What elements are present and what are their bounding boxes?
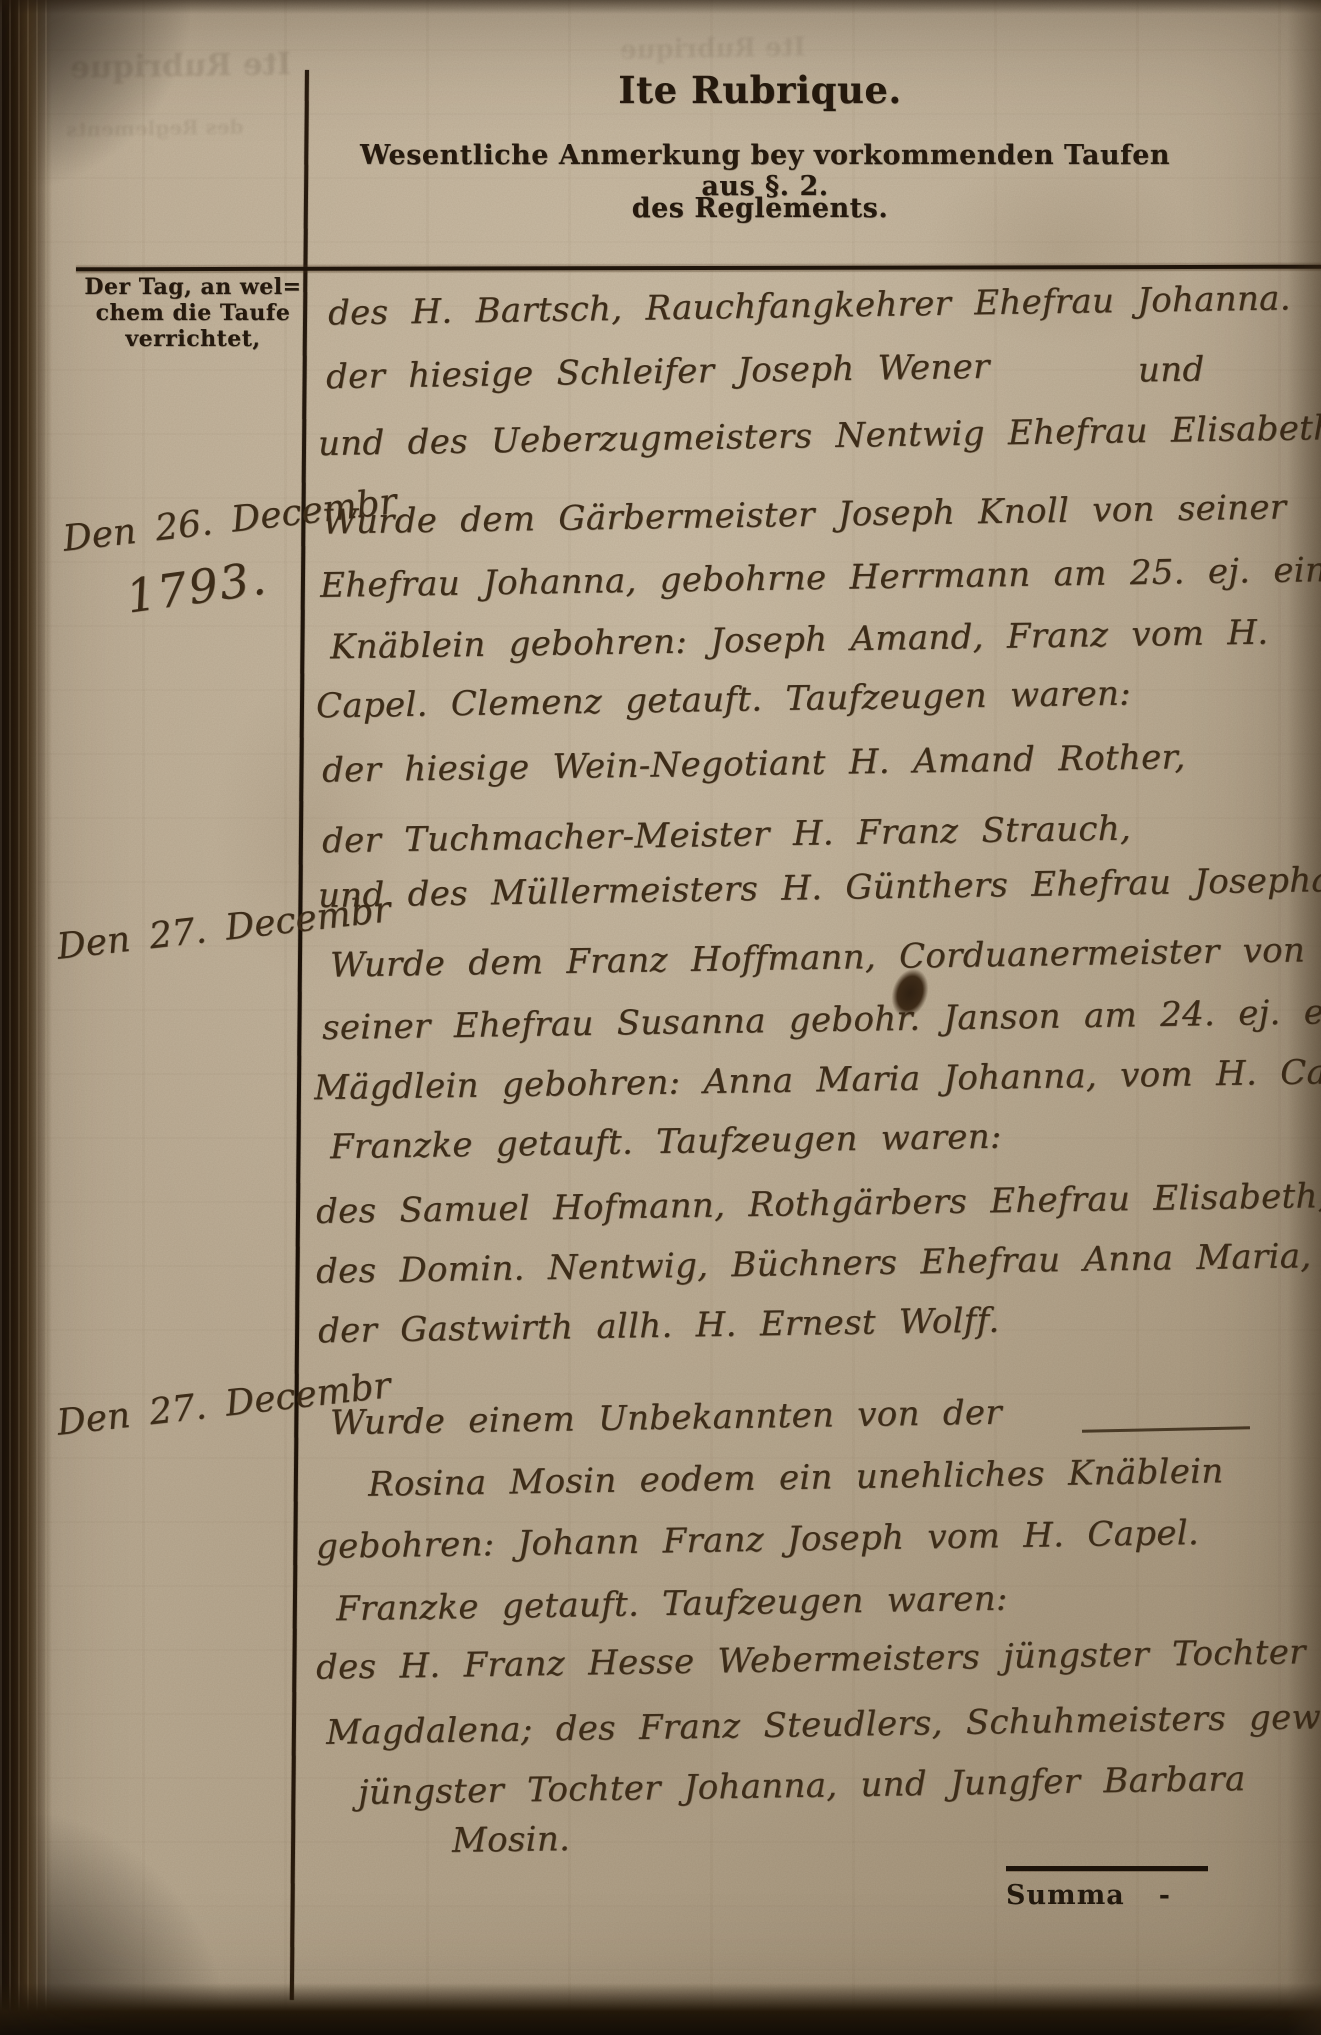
summa-label: Summa: [1006, 1880, 1125, 1911]
date-column-header-line: chem die Taufe: [78, 300, 308, 326]
handwriting-line: Ehefrau Johanna, gebohrne Herrmann am 25…: [320, 550, 1321, 606]
handwriting-line: Franzke getauft. Taufzeugen waren:: [330, 1117, 1002, 1168]
entry-year: 1793.: [123, 550, 271, 623]
date-column-header-line: Der Tag, an wel=: [78, 274, 308, 300]
handwriting-line: Mosin.: [452, 1819, 571, 1861]
handwriting-line: Wurde einem Unbekannten von der: [330, 1393, 1002, 1444]
page-edge-right: [1287, 0, 1321, 2035]
summa-rule: [1006, 1866, 1208, 1871]
handwriting-line: Wurde dem Franz Hoffmann, Corduanermeist…: [330, 930, 1306, 985]
handwriting-line: der hiesige Wein-Negotiant H. Amand Roth…: [322, 737, 1186, 791]
handwriting-line: der hiesige Schleifer Joseph Wener: [326, 347, 990, 397]
handwriting-line: Franzke getauft. Taufzeugen waren:: [336, 1579, 1008, 1630]
handwriting-line: gebohren: Johann Franz Joseph vom H. Cap…: [316, 1513, 1200, 1567]
handwriting-line: des Domin. Nentwig, Büchners Ehefrau Ann…: [316, 1236, 1312, 1292]
pen-stroke: [1082, 1426, 1250, 1433]
handwriting-line: des Samuel Hofmann, Rothgärbers Ehefrau …: [316, 1176, 1321, 1232]
handwriting-line: Wurde dem Gärbermeister Joseph Knoll von…: [322, 487, 1287, 542]
binding-edge-left: [0, 0, 52, 2035]
handwriting-line: der Gastwirth allh. H. Ernest Wolff.: [318, 1301, 1000, 1352]
handwriting-line: jüngster Tochter Johanna, und Jungfer Ba…: [358, 1759, 1246, 1813]
handwriting-line: seiner Ehefrau Susanna gebohr. Janson am…: [322, 992, 1321, 1048]
summa-row: Summa-: [1006, 1880, 1246, 1911]
handwriting-line: Capel. Clemenz getauft. Taufzeugen waren…: [316, 674, 1131, 727]
handwriting-line: Mägdlein gebohren: Anna Maria Johanna, v…: [314, 1052, 1321, 1109]
date-column-header-line: verrichtet,: [78, 326, 308, 352]
register-page-scan: Ite Rubrique Ite Rubrique des Reglements…: [0, 0, 1321, 2035]
handwriting-line: Rosina Mosin eodem ein unehliches Knäble…: [368, 1451, 1224, 1504]
column-divider-rule: [290, 70, 309, 2000]
ghost-print-title-2: Ite Rubrique: [620, 32, 806, 65]
page-edge-top: [0, 0, 1321, 14]
handwriting-line: der Tuchmacher-Meister H. Franz Strauch,: [322, 809, 1132, 862]
handwriting-line: Knäblein gebohren: Joseph Amand, Franz v…: [330, 613, 1269, 668]
date-column-header: Der Tag, an wel= chem die Taufe verricht…: [78, 274, 308, 352]
handwriting-line: des H. Bartsch, Rauchfangkehrer Ehefrau …: [328, 278, 1291, 333]
rubric-subtitle-line2: des Reglements.: [520, 193, 1000, 224]
header-rule: [76, 265, 1321, 272]
rubric-title: Ite Rubrique.: [520, 68, 1000, 112]
summa-value: -: [1159, 1880, 1171, 1911]
page-edge-bottom: [0, 1983, 1321, 2035]
handwriting-line: und des Ueberzugmeisters Nentwig Ehefrau…: [318, 408, 1321, 464]
handwriting-line: und des Müllermeisters H. Günthers Ehefr…: [318, 860, 1321, 916]
handwriting-line: Magdalena; des Franz Steudlers, Schuhmei…: [326, 1695, 1321, 1753]
handwriting-line: des H. Franz Hesse Webermeisters jüngste…: [316, 1632, 1306, 1688]
handwriting-word-und: und: [1138, 349, 1205, 390]
